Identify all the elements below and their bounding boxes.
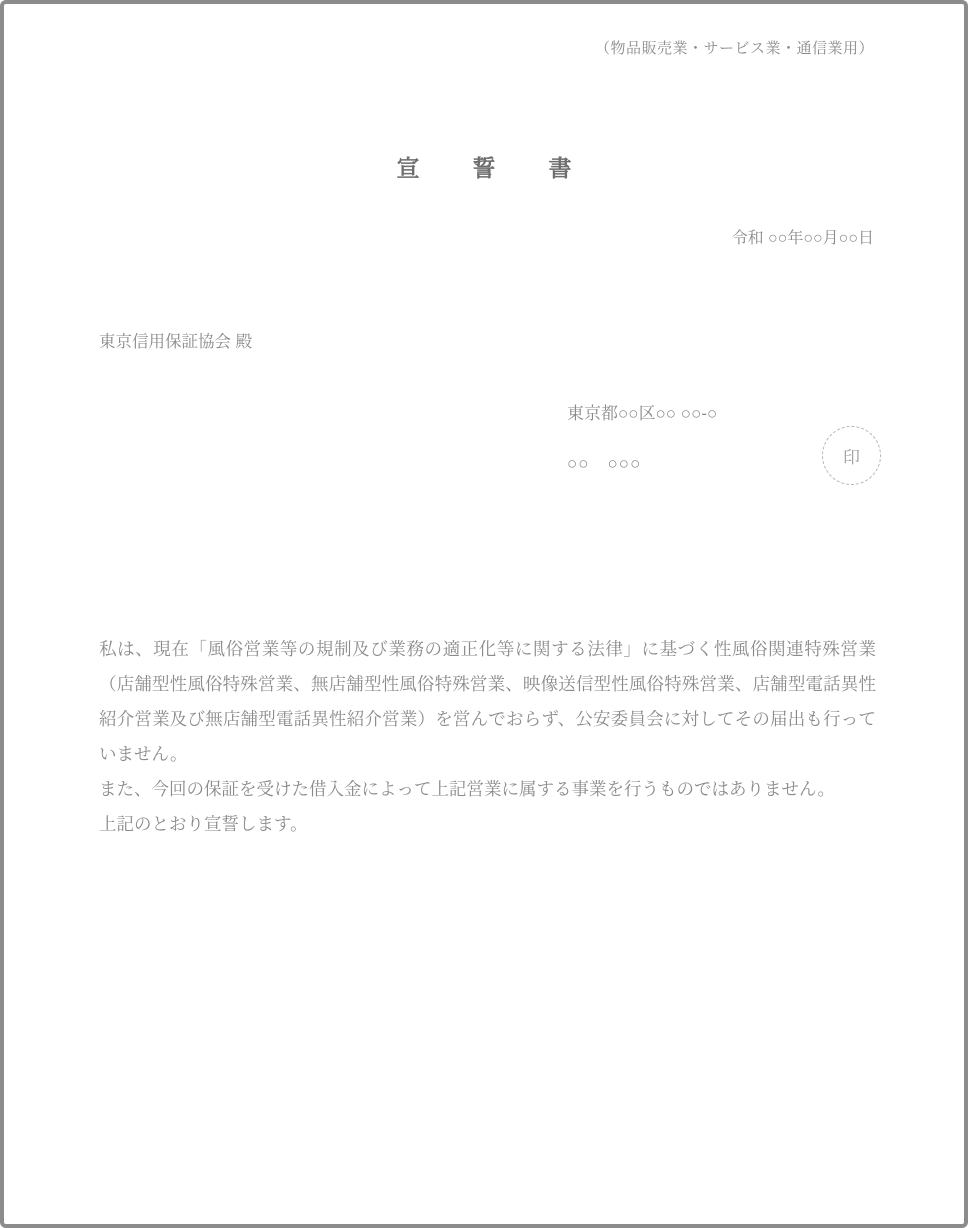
document-page: （物品販売業・サービス業・通信業用） 宣 誓 書 令和 ○○年○○月○○日 東京… bbox=[0, 0, 968, 1228]
document-type-note: （物品販売業・サービス業・通信業用） bbox=[595, 37, 874, 58]
declarant-name: ○○ ○○○ bbox=[567, 449, 641, 474]
oath-body: 私は、現在「風俗営業等の規制及び業務の適正化等に関する法律」に基づく性風俗関連特… bbox=[99, 632, 876, 842]
document-title: 宣 誓 書 bbox=[4, 150, 964, 183]
declarant-address: 東京都○○区○○ ○○-○ bbox=[567, 399, 717, 424]
oath-paragraph-3: 上記のとおり宣誓します。 bbox=[99, 807, 876, 842]
date-line: 令和 ○○年○○月○○日 bbox=[732, 225, 874, 248]
seal-label: 印 bbox=[843, 443, 860, 468]
seal-placeholder-circle: 印 bbox=[822, 426, 881, 485]
addressee: 東京信用保証協会 殿 bbox=[99, 328, 252, 352]
oath-paragraph-2: また、今回の保証を受けた借入金によって上記営業に属する事業を行うものではありませ… bbox=[99, 772, 876, 807]
oath-paragraph-1: 私は、現在「風俗営業等の規制及び業務の適正化等に関する法律」に基づく性風俗関連特… bbox=[99, 632, 876, 772]
